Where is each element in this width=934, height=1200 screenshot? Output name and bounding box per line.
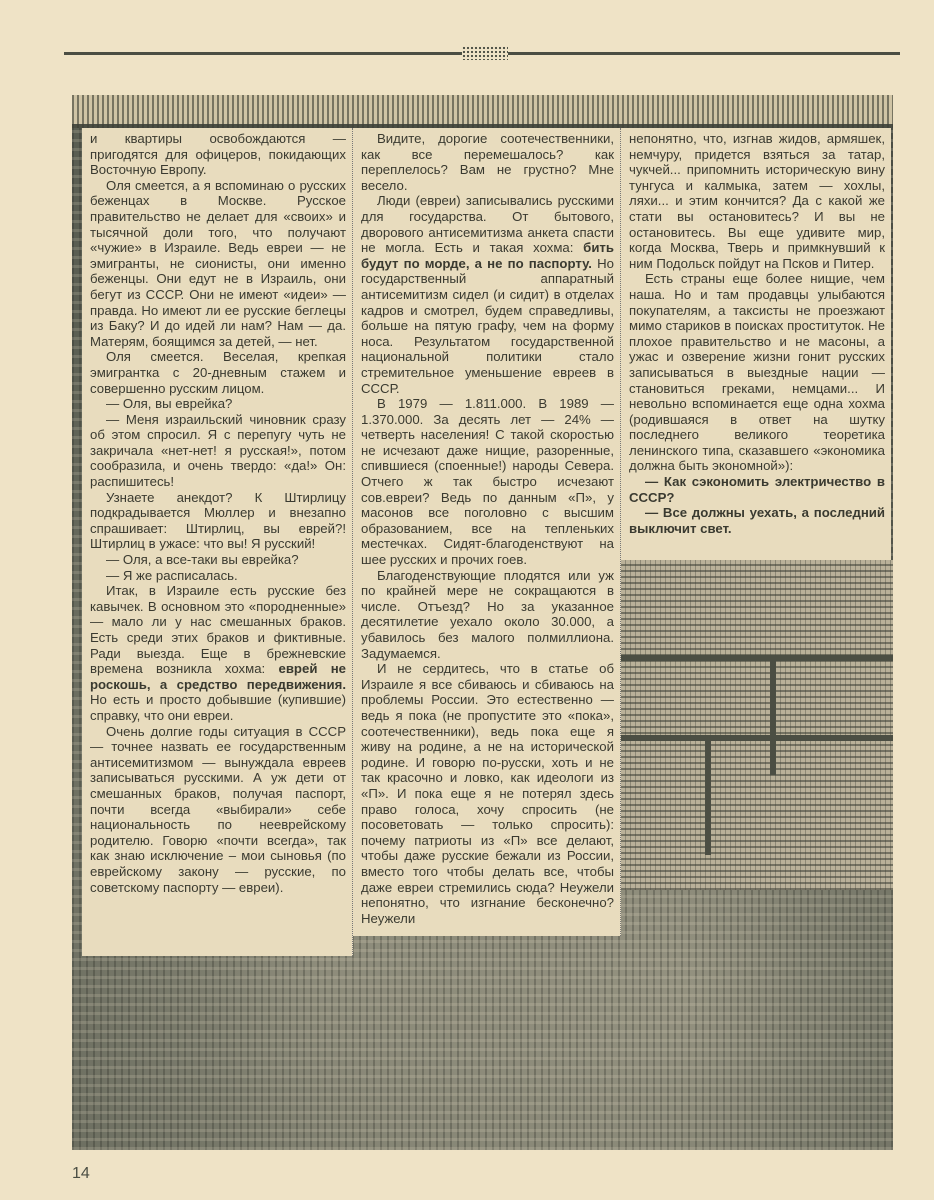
paragraph: Люди (евреи) записывались русскими для г… <box>361 193 614 396</box>
paragraph: — Оля, вы еврейка? <box>90 396 346 412</box>
photo-wall-top-strip <box>72 95 893 128</box>
header-ornament <box>462 46 508 60</box>
paragraph: Есть страны еще более нищие, чем наша. Н… <box>629 271 885 474</box>
paragraph: Оля смеется. Веселая, крепкая эмигрантка… <box>90 349 346 396</box>
paragraph: — Меня израильский чиновник сразу об это… <box>90 412 346 490</box>
header-rule-right <box>508 52 900 55</box>
emphasis: — Все должны уехать, а последний выключи… <box>629 505 885 536</box>
paragraph: Видите, дорогие соотечественники, как вс… <box>361 131 614 193</box>
paragraph: непонятно, что, изгнав жидов, армяшек, н… <box>629 131 885 271</box>
page-number: 14 <box>72 1165 90 1183</box>
paragraph: И не сердитесь, что в статье об Израиле … <box>361 661 614 926</box>
emphasis: еврей не роскошь, а средство передвижени… <box>90 661 346 692</box>
paragraph: Оля смеется, а я вспоминаю о русских беж… <box>90 178 346 350</box>
paragraph: Очень долгие годы ситуация в СССР — точн… <box>90 724 346 896</box>
paragraph: Благоденствующие плодятся или уж по край… <box>361 568 614 662</box>
paragraph: — Я же расписалась. <box>90 568 346 584</box>
header-rule-left <box>64 52 462 55</box>
article-column-left: и квартиры освобождаются — пригодятся дл… <box>82 128 353 956</box>
paragraph: Узнаете анекдот? К Штирлицу подкрадывает… <box>90 490 346 552</box>
paragraph: — Как сэкономить электричество в СССР? <box>629 474 885 505</box>
paragraph: — Все должны уехать, а последний выключи… <box>629 505 885 536</box>
paragraph: — Оля, а все-таки вы еврейка? <box>90 552 346 568</box>
paragraph: В 1979 — 1.811.000. В 1989 — 1.370.000. … <box>361 396 614 568</box>
emphasis: бить будут по морде, а не по паспорту. <box>361 240 614 271</box>
photo-wall-stones <box>620 560 893 890</box>
article-column-middle: Видите, дорогие соотечественники, как вс… <box>353 128 621 936</box>
paragraph: Итак, в Израиле есть русские без кавычек… <box>90 583 346 723</box>
emphasis: — Как сэкономить электричество в СССР? <box>629 474 885 505</box>
article-column-right: непонятно, что, изгнав жидов, армяшек, н… <box>621 128 891 560</box>
paragraph: и квартиры освобождаются — пригодятся дл… <box>90 131 346 178</box>
